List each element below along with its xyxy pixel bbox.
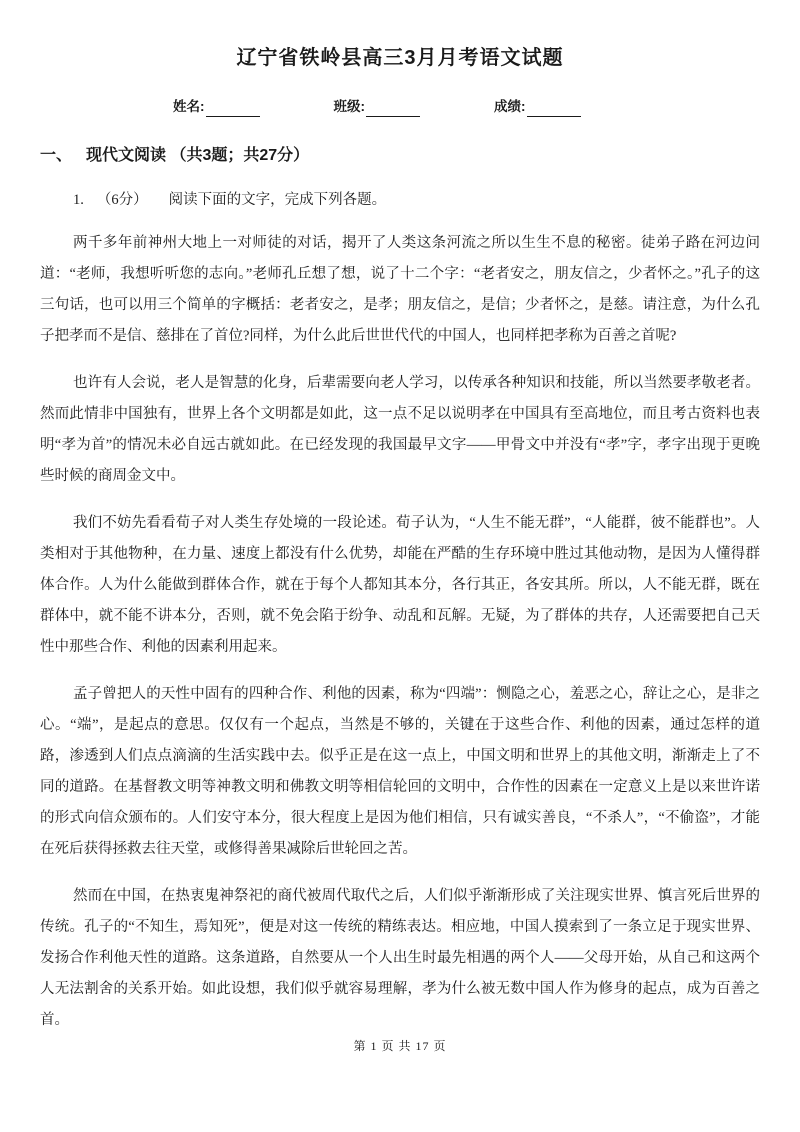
name-blank-line <box>206 102 260 117</box>
passage-paragraph: 两千多年前神州大地上一对师徒的对话，揭开了人类这条河流之所以生生不息的秘密。徒弟… <box>40 228 760 352</box>
passage-paragraph: 也许有人会说，老人是智慧的化身，后辈需要向老人学习，以传承各种知识和技能，所以当… <box>40 368 760 492</box>
passage-paragraph: 我们不妨先看看荀子对人类生存处境的一段论述。荀子认为，“人生不能无群”，“人能群… <box>40 508 760 663</box>
class-label: 班级: <box>334 97 366 117</box>
question-score: （6分） <box>97 192 148 208</box>
score-field: 成绩: <box>494 97 581 117</box>
score-blank-line <box>527 102 581 117</box>
question-1-header: 1.（6分）阅读下面的文字，完成下列各题。 <box>40 185 760 216</box>
class-field: 班级: <box>334 97 421 117</box>
name-label: 姓名: <box>173 97 205 117</box>
question-prompt: 阅读下面的文字，完成下列各题。 <box>169 192 387 208</box>
page-footer: 第 1 页 共 17 页 <box>0 1038 800 1054</box>
question-number: 1. <box>73 192 84 208</box>
reading-passage: 两千多年前神州大地上一对师徒的对话，揭开了人类这条河流之所以生生不息的秘密。徒弟… <box>0 228 800 1036</box>
passage-paragraph: 然而在中国，在热衷鬼神祭祀的商代被周代取代之后，人们似乎渐渐形成了关注现实世界、… <box>40 881 760 1036</box>
score-label: 成绩: <box>494 97 526 117</box>
section-title: 现代文阅读 （共3题；共27分） <box>86 147 309 164</box>
student-info-row: 姓名: 班级: 成绩: <box>173 97 800 117</box>
class-blank-line <box>366 102 420 117</box>
name-field: 姓名: <box>173 97 260 117</box>
section-number: 一、 <box>40 147 72 164</box>
page-title: 辽宁省铁岭县高三3月月考语文试题 <box>0 0 800 72</box>
section-heading: 一、现代文阅读 （共3题；共27分） <box>40 144 760 168</box>
passage-paragraph: 孟子曾把人的天性中固有的四种合作、利他的因素，称为“四端”：恻隐之心，羞恶之心，… <box>40 679 760 865</box>
exam-page: 辽宁省铁岭县高三3月月考语文试题 姓名: 班级: 成绩: 一、现代文阅读 （共3… <box>0 0 800 1132</box>
